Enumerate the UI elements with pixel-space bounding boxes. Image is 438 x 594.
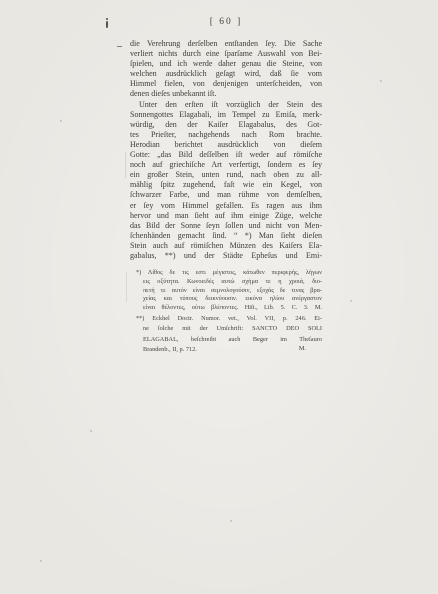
text-line: tes Prieſter, nachgehends nach Rom brach…	[130, 130, 322, 140]
margin-dash-mark	[117, 46, 122, 47]
text-line: verliert nichts durch eine ſparſame Ausw…	[130, 49, 322, 59]
text-line: die Verehrung derſelben entſtanden ſey. …	[130, 39, 322, 49]
scan-speckle	[40, 560, 42, 562]
text-line: würdig, den der Kaiſer Elagabalus, des G…	[130, 120, 322, 130]
text-line: **) Eckhel Doctr. Numor. vet., Vol. VII,…	[143, 314, 322, 324]
text-line: mählig ſpitz zugehend, faſt wie ein Kege…	[130, 180, 322, 190]
text-line: *) Λίθος δε τις εστι μέγιστος, κάτωθεν π…	[143, 269, 322, 278]
text-line: ein großer Stein, unten rund, nach oben …	[130, 170, 322, 180]
text-line: gabalus, **) und der Städte Epheſus und …	[130, 251, 322, 261]
scan-speckle	[350, 300, 352, 302]
text-line: hervor und man ſieht auf ihm einige Züge…	[130, 211, 322, 221]
scan-speckle	[380, 80, 382, 82]
text-line: Stein auch auf römiſchen Münzen des Kaiſ…	[130, 241, 322, 251]
scan-speckle	[90, 430, 92, 432]
page-number-header: [ 60 ]	[130, 17, 322, 27]
body-text: die Verehrung derſelben entſtanden ſey. …	[130, 39, 322, 261]
scanned-book-page: [ 60 ] die Verehrung derſelben entſtande…	[0, 0, 438, 594]
scan-speckle	[60, 120, 62, 122]
text-line: Himmel fielen, von denjenigen unterſchei…	[130, 79, 322, 89]
faint-pencil-stroke	[126, 272, 127, 302]
text-line: είναι θέλοντες, ούτω βλέποντες. Hiſt., L…	[143, 304, 322, 313]
text-line: ſchwarzer Farbe, und man rühme von demſe…	[130, 190, 322, 200]
text-line: er ſey vom Himmel gefallen. Es ragen aus…	[130, 201, 322, 211]
faint-pencil-stroke	[125, 152, 126, 178]
text-line: ne ſolche mit der Umſchrift: SANCTO DEO …	[143, 324, 322, 334]
text-line: Unter den erſten iſt vorzüglich der Stei…	[130, 100, 322, 110]
text-line: noch auf griechiſche Art verfertigt, ſon…	[130, 160, 322, 170]
text-line: ſchenhänden gemacht ſind. “ *) Man ſieht…	[130, 231, 322, 241]
text-line: Brandenb., II, p. 712.	[143, 345, 322, 355]
text-line: welchen ausdrücklich geſagt wird, daß ſi…	[130, 69, 322, 79]
text-line: das Bild der Sonne ſeyn ſollen und nicht…	[130, 221, 322, 231]
scan-speckle	[230, 520, 232, 522]
footnote-author-initial: M.	[299, 344, 306, 354]
footnote-greek-herodian: *) Λίθος δε τις εστι μέγιστος, κάτωθεν π…	[136, 269, 322, 313]
text-line: ſpielen, und ich werde daher genau die S…	[130, 59, 322, 69]
text-line: Sonnengottes Elagabali, im Tempel zu Emi…	[130, 110, 322, 120]
text-line: χείας και τύπους δεικνύουσιν. εικόνα ηλί…	[143, 295, 322, 304]
text-line: Herodian berichtet ausdrücklich von dieſ…	[130, 140, 322, 150]
ink-blot-mark	[106, 21, 108, 28]
footnote-eckhel: **) Eckhel Doctr. Numor. vet., Vol. VII,…	[136, 314, 322, 355]
text-line: εις οξύτητα. Κωνοειδές αυτώ σχήμα τε η χ…	[143, 278, 322, 287]
text-line: Gotte: „das Bild deſſelben iſt weder auf…	[130, 150, 322, 160]
text-line: ELAGABAL, beſchreibt auch Beger im Theſa…	[143, 335, 322, 345]
text-line: denen dieſes unbekannt iſt.	[130, 89, 322, 99]
text-line: πετή τε αυτόν είναι σεμνολογούσιν, εξοχά…	[143, 287, 322, 296]
